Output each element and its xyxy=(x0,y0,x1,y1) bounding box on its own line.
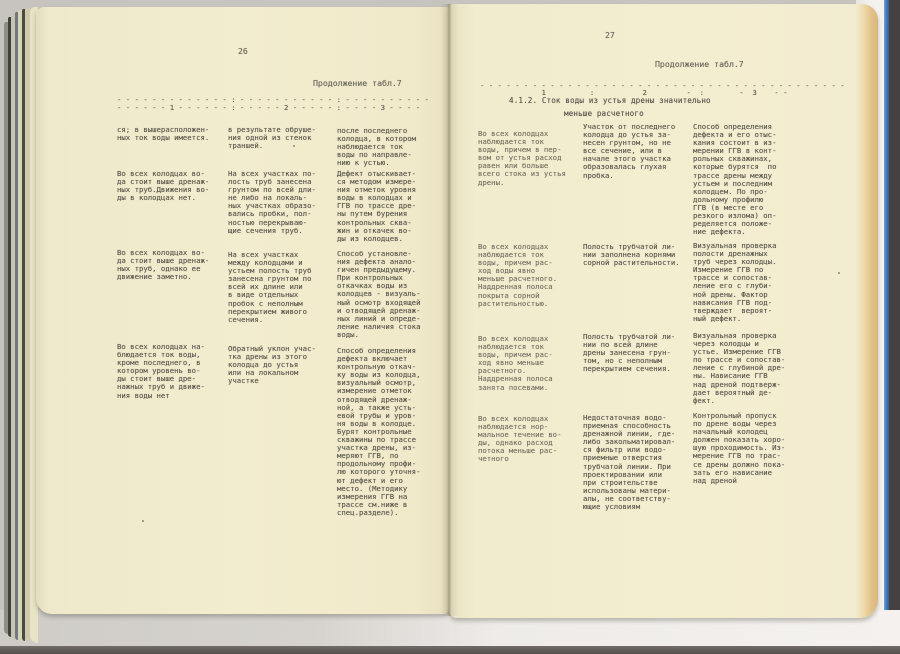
left-table-caption: Продолжение табл.7 xyxy=(313,79,402,87)
section-heading-continuation: меньше расчетного xyxy=(564,110,644,118)
left-table-cell-r2c2: На всех участках по- лость труб занесена… xyxy=(228,170,316,235)
left-table-cell-r1c1: ся; в вышерасположен- ных ток воды имеет… xyxy=(117,126,209,142)
right-table-cell-r3c3: Визуальная проверка через колодцы и усть… xyxy=(693,332,785,405)
background-bottom-dark-strip xyxy=(0,646,900,654)
right-table-cell-r4c2: Недостаточная водо- приемная способность… xyxy=(583,414,675,511)
book-scan: 26 Продолжение табл.7 - - - - - - - - - … xyxy=(0,0,900,654)
right-table-cell-r2c2: Полость трубчатой ли- нии заполнена корн… xyxy=(583,243,680,267)
right-table-cell-r3c1: Во всех колодцах наблюдается ток воды, п… xyxy=(478,335,553,392)
right-table-cell-r1c3: Способ определения дефекта и его отыс- к… xyxy=(693,123,776,236)
paper-speck xyxy=(142,520,144,522)
paper-speck xyxy=(838,272,840,274)
left-table-cell-r4c3: Способ определения дефекта включает конт… xyxy=(337,347,420,517)
left-table-cell-r3c3: Способ установле- ния дефекта анало- гич… xyxy=(337,250,420,339)
left-table-cell-r2c3: Дефект отыскивает- ся методом измере- ни… xyxy=(337,170,416,243)
right-table-cell-r4c1: Во всех колодцах наблюдается нор- мально… xyxy=(478,415,561,464)
right-table-caption: Продолжение табл.7 xyxy=(655,60,744,68)
left-table-cell-r3c2: На всех участках между колодцами и устье… xyxy=(228,251,311,324)
left-table-cell-r4c2: Обратный уклон учас- тка дрены из этого … xyxy=(228,345,316,385)
section-heading: 4.1.2. Сток воды из устья дрены значител… xyxy=(509,97,711,105)
right-table-cell-r1c1: Во всех колодцах наблюдается ток воды, п… xyxy=(478,130,566,187)
right-page-number: 27 xyxy=(605,31,615,39)
right-table-cell-r3c2: Полость трубчатой ли- нии по всей длине … xyxy=(583,333,675,373)
left-page-number: 26 xyxy=(238,47,248,55)
left-table-column-numbers: - - - - - - 1 - - - - - - : - - - - - 2 … xyxy=(117,104,420,112)
right-table-cell-r2c1: Во всех колодцах наблюдается ток воды, п… xyxy=(478,243,557,308)
right-table-cell-r2c3: Визуальная проверка полости дренажных тр… xyxy=(693,242,776,323)
right-table-cell-r1c2: Участок от последнего колодца до устья з… xyxy=(583,123,675,180)
left-table-cell-r2c1: Во всех колодцах во- да стоит выше дрена… xyxy=(117,170,209,202)
background-dark-edge xyxy=(889,0,900,654)
left-table-cell-r3c1: Во всех колодцах во- да стоит выше дрена… xyxy=(117,249,209,281)
left-table-cell-r1c3: после последнего колодца, в котором набл… xyxy=(337,127,416,167)
left-table-cell-r4c1: Во всех колодцах на- блюдается ток воды,… xyxy=(117,343,205,400)
left-table-cell-r1c2: в результате обруше- ния одной из стенок… xyxy=(228,126,316,150)
right-table-cell-r4c3: Контрольный пропуск по дрене воды через … xyxy=(693,412,785,485)
right-page-fore-edge xyxy=(856,4,878,618)
book-gutter-shadow xyxy=(440,4,459,616)
